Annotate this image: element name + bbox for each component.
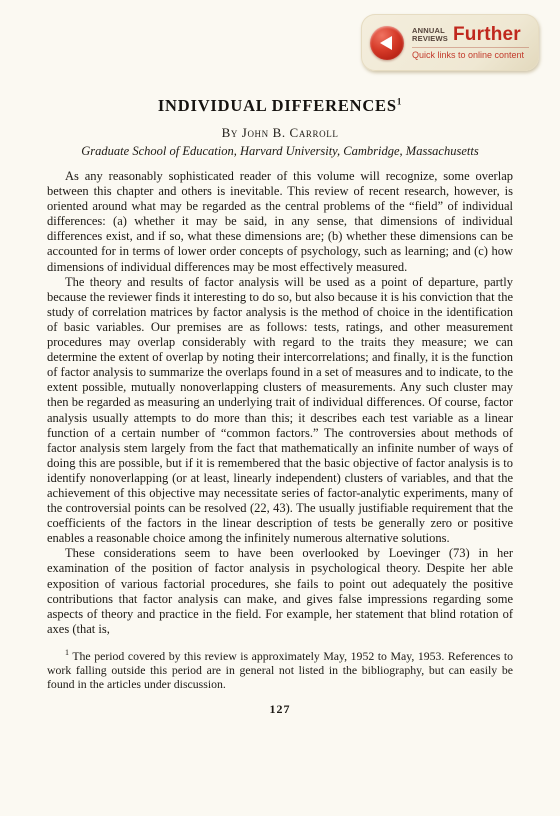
brand-line-2: REVIEWS: [412, 34, 448, 43]
paragraph: The theory and results of factor analysi…: [47, 275, 513, 547]
left-arrow-circle-icon: [370, 26, 404, 60]
badge-tagline: Quick links to online content: [412, 50, 529, 60]
footnote-text: 1 The period covered by this review is a…: [47, 646, 513, 692]
paragraph: These considerations seem to have been o…: [47, 546, 513, 637]
further-title: Further: [453, 25, 521, 44]
journal-page: ANNUAL REVIEWS Further Quick links to on…: [0, 0, 560, 816]
footnote: 1 The period covered by this review is a…: [47, 646, 513, 692]
footnote-body: The period covered by this review is app…: [47, 649, 513, 691]
affiliation: Graduate School of Education, Harvard Un…: [47, 144, 513, 159]
annual-reviews-logo-text: ANNUAL REVIEWS: [412, 27, 448, 43]
badge-text-block: ANNUAL REVIEWS Further Quick links to on…: [412, 25, 529, 60]
left-arrow-icon: [380, 36, 392, 50]
annual-reviews-further-badge[interactable]: ANNUAL REVIEWS Further Quick links to on…: [361, 14, 539, 71]
article-body: As any reasonably sophisticated reader o…: [47, 169, 513, 637]
article-content: INDIVIDUAL DIFFERENCES1 By John B. Carro…: [0, 0, 560, 717]
byline: By John B. Carroll: [47, 125, 513, 141]
article-title: INDIVIDUAL DIFFERENCES1: [47, 96, 513, 116]
badge-divider: [412, 47, 529, 48]
page-number: 127: [47, 702, 513, 717]
paragraph: As any reasonably sophisticated reader o…: [47, 169, 513, 275]
title-footnote-reference: 1: [397, 97, 402, 107]
article-title-text: INDIVIDUAL DIFFERENCES: [158, 96, 397, 115]
